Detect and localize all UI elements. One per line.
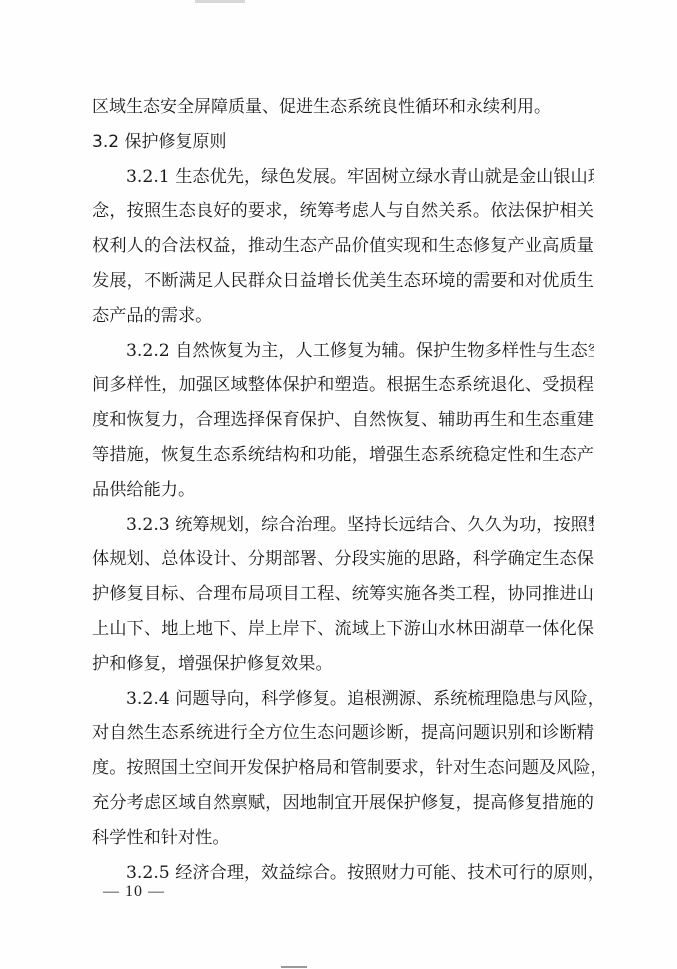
paragraph-line: 念，按照生态良好的要求，统筹考虑人与自然关系。依法保护相关: [92, 194, 594, 229]
page-number: — 10 —: [103, 883, 165, 901]
scan-artifact-bottom: [281, 966, 307, 968]
document-page: 区域生态安全屏障质量、促进生态系统良性循环和永续利用。 3.2 保护修复原则 3…: [0, 0, 677, 969]
paragraph-3-2-1: 3.2.1 生态优先，绿色发展。牢固树立绿水青山就是金山银山理 念，按照生态良好…: [92, 160, 594, 334]
paragraph-3-2-5: 3.2.5 经济合理，效益综合。按照财力可能、技术可行的原则，: [92, 856, 594, 891]
paragraph-3-2-4: 3.2.4 问题导向，科学修复。追根溯源、系统梳理隐患与风险， 对自然生态系统进…: [92, 682, 594, 856]
paragraph-line: 态产品的需求。: [92, 299, 594, 334]
paragraph-line: 3.2.4 问题导向，科学修复。追根溯源、系统梳理隐患与风险，: [92, 682, 594, 717]
paragraph-line: 体规划、总体设计、分期部署、分段实施的思路，科学确定生态保: [92, 542, 594, 577]
paragraph-line: 权利人的合法权益，推动生态产品价值实现和生态修复产业高质量: [92, 229, 594, 264]
paragraph-line: 3.2.1 生态优先，绿色发展。牢固树立绿水青山就是金山银山理: [92, 160, 594, 195]
paragraph-line: 度。按照国土空间开发保护格局和管制要求，针对生态问题及风险，: [92, 751, 594, 786]
page-body: 区域生态安全屏障质量、促进生态系统良性循环和永续利用。 3.2 保护修复原则 3…: [92, 90, 594, 890]
paragraph-line: 品供给能力。: [92, 473, 594, 508]
paragraph-3-2-3: 3.2.3 统筹规划，综合治理。坚持长远结合、久久为功，按照整 体规划、总体设计…: [92, 508, 594, 682]
paragraph-line: 科学性和针对性。: [92, 821, 594, 856]
paragraph-line: 间多样性，加强区域整体保护和塑造。根据生态系统退化、受损程: [92, 368, 594, 403]
paragraph-line: 等措施，恢复生态系统结构和功能，增强生态系统稳定性和生态产: [92, 438, 594, 473]
paragraph-line: 发展，不断满足人民群众日益增长优美生态环境的需要和对优质生: [92, 264, 594, 299]
paragraph-line: 3.2.3 统筹规划，综合治理。坚持长远结合、久久为功，按照整: [92, 508, 594, 543]
paragraph-line: 度和恢复力，合理选择保育保护、自然恢复、辅助再生和生态重建: [92, 403, 594, 438]
scan-artifact-top: [195, 0, 245, 3]
paragraph-line: 上山下、地上地下、岸上岸下、流域上下游山水林田湖草一体化保: [92, 612, 594, 647]
paragraph-3-2-2: 3.2.2 自然恢复为主，人工修复为辅。保护生物多样性与生态空 间多样性，加强区…: [92, 334, 594, 508]
paragraph-line: 护和修复，增强保护修复效果。: [92, 647, 594, 682]
continuation-line: 区域生态安全屏障质量、促进生态系统良性循环和永续利用。: [92, 90, 594, 125]
paragraph-line: 护修复目标、合理布局项目工程、统筹实施各类工程，协同推进山: [92, 577, 594, 612]
paragraph-line: 3.2.2 自然恢复为主，人工修复为辅。保护生物多样性与生态空: [92, 334, 594, 369]
paragraph-line: 对自然生态系统进行全方位生态问题诊断，提高问题识别和诊断精: [92, 716, 594, 751]
section-heading: 3.2 保护修复原则: [92, 125, 594, 160]
paragraph-line: 充分考虑区域自然禀赋，因地制宜开展保护修复，提高修复措施的: [92, 786, 594, 821]
paragraph-line: 3.2.5 经济合理，效益综合。按照财力可能、技术可行的原则，: [92, 856, 594, 891]
